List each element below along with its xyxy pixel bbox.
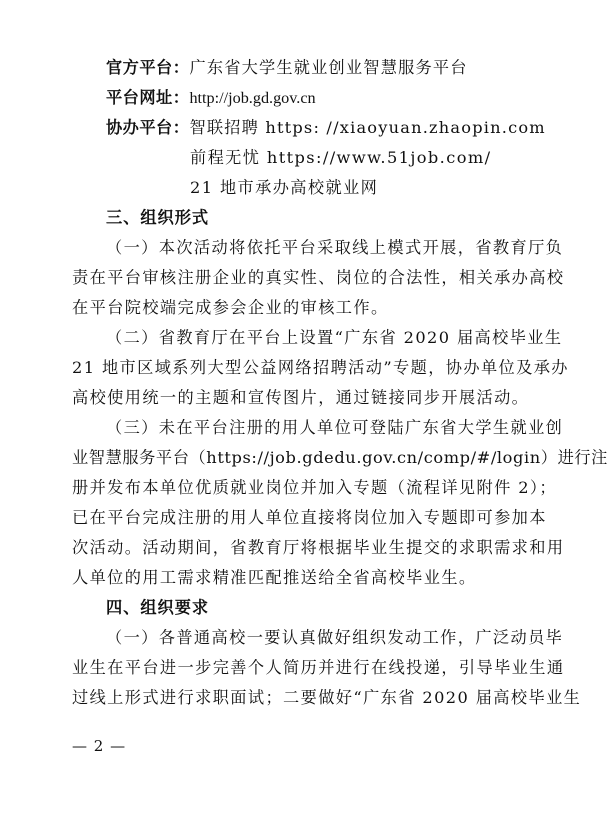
platform-url-value: http://job.gd.gov.cn (189, 89, 315, 107)
section3-heading: 三、组织形式 (106, 208, 576, 228)
section4-line: （一）各普通高校一要认真做好组织发动工作，广泛动员毕 (106, 628, 576, 648)
section3-line: 册并发布本单位优质就业岗位并加入专题（流程详见附件 2）； (72, 478, 542, 498)
section3-line: 次活动。活动期间，省教育厅将根据毕业生提交的求职需求和用 (72, 538, 542, 558)
cohost-platform-local: 21 地市承办高校就业网 (190, 178, 612, 198)
cohost-platform-row: 协办平台：智联招聘 https: //xiaoyuan.zhaopin.com (106, 118, 576, 138)
section3-line: 责在平台审核注册企业的真实性、岗位的合法性，相关承办高校 (72, 268, 542, 288)
cohost-platform-label: 协办平台： (106, 118, 189, 137)
official-platform-label: 官方平台： (106, 58, 189, 77)
section3-line: 21 地市区域系列大型公益网络招聘活动”专题，协办单位及承办 (72, 358, 542, 378)
section3-line: 业智慧服务平台（https://job.gdedu.gov.cn/comp/#/… (72, 448, 542, 468)
section3-line: 已在平台完成注册的用人单位直接将岗位加入专题即可参加本 (72, 508, 542, 528)
section4-heading: 四、组织要求 (106, 598, 576, 618)
cohost-platform-51job: 前程无忧 https://www.51job.com/ (190, 148, 612, 168)
page-number: — 2 — (72, 737, 126, 755)
section3-line: 人单位的用工需求精准匹配推送给全省高校毕业生。 (72, 568, 542, 588)
official-platform-row: 官方平台：广东省大学生就业创业智慧服务平台 (106, 58, 576, 78)
section4-line: 业生在平台进一步完善个人简历并进行在线投递，引导毕业生通 (72, 658, 542, 678)
official-platform-value: 广东省大学生就业创业智慧服务平台 (189, 58, 467, 77)
platform-url-label: 平台网址： (106, 88, 189, 107)
cohost-platform-zhaopin: 智联招聘 https: //xiaoyuan.zhaopin.com (189, 118, 545, 137)
section3-line: （二）省教育厅在平台上设置“广东省 2020 届高校毕业生 (106, 328, 576, 348)
section3-line: （一）本次活动将依托平台采取线上模式开展，省教育厅负 (106, 238, 576, 258)
platform-url-row: 平台网址：http://job.gd.gov.cn (106, 88, 576, 108)
section3-line: 在平台院校端完成参会企业的审核工作。 (72, 298, 542, 318)
section3-line: （三）未在平台注册的用人单位可登陆广东省大学生就业创 (106, 418, 576, 438)
section3-line: 高校使用统一的主题和宣传图片，通过链接同步开展活动。 (72, 388, 542, 408)
document-page: 官方平台：广东省大学生就业创业智慧服务平台 平台网址：http://job.gd… (0, 0, 612, 824)
section4-line: 过线上形式进行求职面试；二要做好“广东省 2020 届高校毕业生 (72, 688, 542, 708)
